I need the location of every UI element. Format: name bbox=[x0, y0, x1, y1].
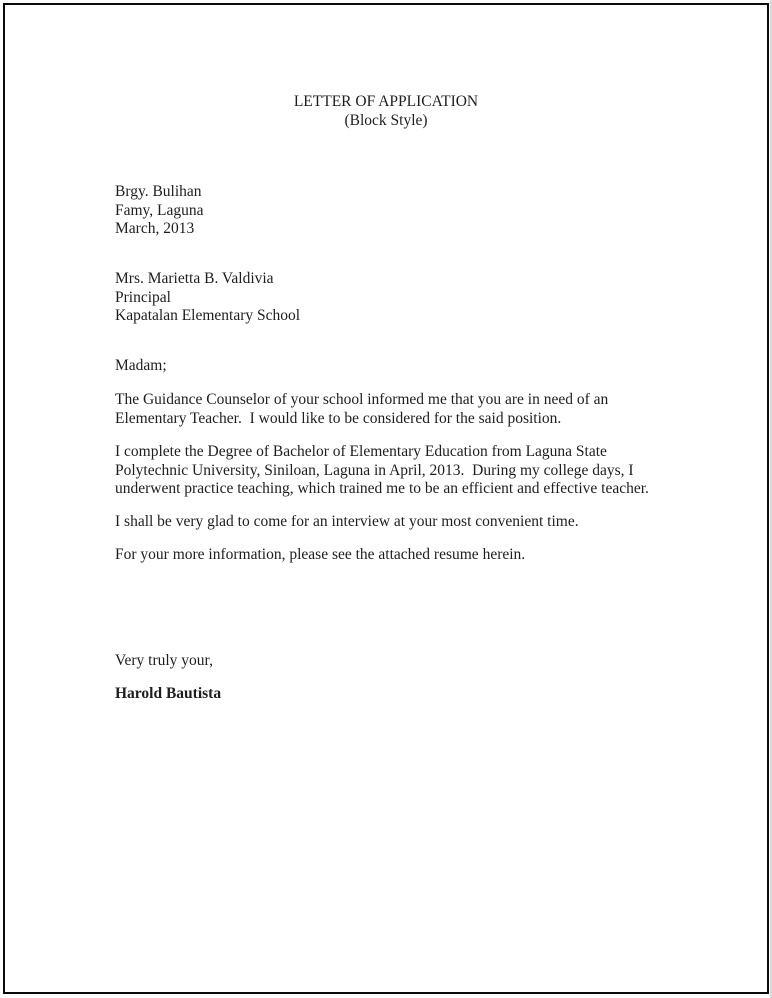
title-line-style: (Block Style) bbox=[5, 112, 767, 131]
body-paragraph-4: For your more information, please see th… bbox=[115, 546, 525, 565]
letter-scan: LETTER OF APPLICATION (Block Style) Brgy… bbox=[0, 0, 772, 998]
sender-barangay: Brgy. Bulihan bbox=[115, 183, 204, 202]
recipient-name: Mrs. Marietta B. Valdivia bbox=[115, 270, 300, 289]
salutation-line: Madam; bbox=[115, 357, 167, 376]
signature-name: Harold Bautista bbox=[115, 685, 221, 704]
title-line-main: LETTER OF APPLICATION bbox=[5, 93, 767, 112]
recipient-title: Principal bbox=[115, 289, 300, 308]
page-border: LETTER OF APPLICATION (Block Style) Brgy… bbox=[3, 3, 769, 994]
paragraph-line: underwent practice teaching, which train… bbox=[115, 480, 649, 499]
body-paragraph-3: I shall be very glad to come for an inte… bbox=[115, 513, 579, 532]
sender-address-block: Brgy. Bulihan Famy, Laguna March, 2013 bbox=[115, 183, 204, 239]
body-paragraph-2: I complete the Degree of Bachelor of Ele… bbox=[115, 443, 649, 499]
inside-address-block: Mrs. Marietta B. Valdivia Principal Kapa… bbox=[115, 270, 300, 326]
paragraph-line: For your more information, please see th… bbox=[115, 546, 525, 565]
paragraph-line: The Guidance Counselor of your school in… bbox=[115, 391, 608, 410]
body-paragraph-1: The Guidance Counselor of your school in… bbox=[115, 391, 608, 428]
signature-line: Harold Bautista bbox=[115, 685, 221, 704]
paragraph-line: Polytechnic University, Siniloan, Laguna… bbox=[115, 462, 649, 481]
paragraph-line: I shall be very glad to come for an inte… bbox=[115, 513, 579, 532]
closing-line: Very truly your, bbox=[115, 652, 213, 671]
letter-title: LETTER OF APPLICATION (Block Style) bbox=[5, 93, 767, 130]
complimentary-closing: Very truly your, bbox=[115, 652, 213, 671]
letter-date: March, 2013 bbox=[115, 220, 204, 239]
recipient-school: Kapatalan Elementary School bbox=[115, 307, 300, 326]
salutation: Madam; bbox=[115, 357, 167, 376]
paragraph-line: I complete the Degree of Bachelor of Ele… bbox=[115, 443, 649, 462]
paragraph-line: Elementary Teacher. I would like to be c… bbox=[115, 410, 608, 429]
sender-town: Famy, Laguna bbox=[115, 202, 204, 221]
